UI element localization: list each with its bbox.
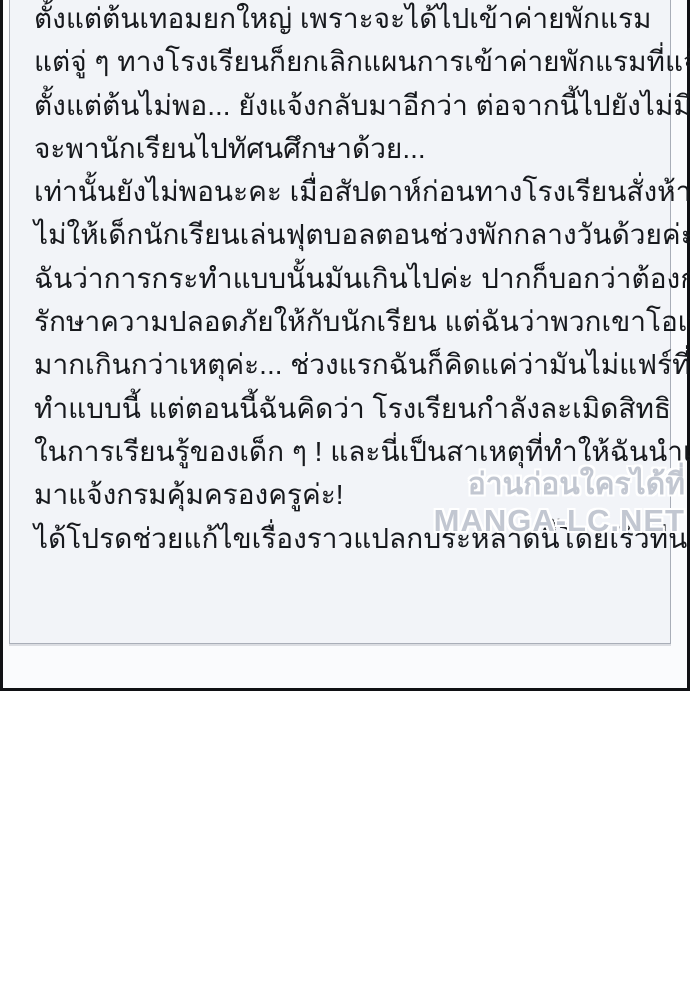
dialogue-line: ไม่ให้เด็กนักเรียนเล่นฟุตบอลตอนช่วงพักกล…	[34, 213, 649, 256]
dialogue-line: ตั้งแต่ต้นไม่พอ... ยังแจ้งกลับมาอีกว่า ต…	[34, 84, 649, 127]
dialogue-line: ทำแบบนี้ แต่ตอนนี้ฉันคิดว่า โรงเรียนกำลั…	[34, 387, 649, 430]
dialogue-line: รักษาความปลอดภัยให้กับนักเรียน แต่ฉันว่า…	[34, 300, 649, 343]
dialogue-line: ตั้งแต่ต้นเทอมยกใหญ่ เพราะจะได้ไปเข้าค่า…	[34, 0, 649, 40]
manga-page: ตั้งแต่ต้นเทอมยกใหญ่ เพราะจะได้ไปเข้าค่า…	[0, 0, 690, 1000]
dialogue-line: แต่จู่ ๆ ทางโรงเรียนก็ยกเลิกแผนการเข้าค่…	[34, 40, 649, 83]
watermark-site-name: MANGA-LC.NET	[434, 503, 685, 539]
watermark-text-thai: อ่านก่อนใครได้ที่	[434, 467, 685, 503]
dialogue-line: ฉันว่าการกระทำแบบนั้นมันเกินไปค่ะ ปากก็บ…	[34, 257, 649, 300]
dialogue-line: มากเกินกว่าเหตุค่ะ... ช่วงแรกฉันก็คิดแค่…	[34, 343, 649, 386]
comic-panel: ตั้งแต่ต้นเทอมยกใหญ่ เพราะจะได้ไปเข้าค่า…	[0, 0, 690, 691]
dialogue-line: เท่านั้นยังไม่พอนะคะ เมื่อสัปดาห์ก่อนทาง…	[34, 170, 649, 213]
dialogue-line: จะพานักเรียนไปทัศนศึกษาด้วย...	[34, 127, 649, 170]
site-watermark: อ่านก่อนใครได้ที่ MANGA-LC.NET	[434, 467, 685, 539]
